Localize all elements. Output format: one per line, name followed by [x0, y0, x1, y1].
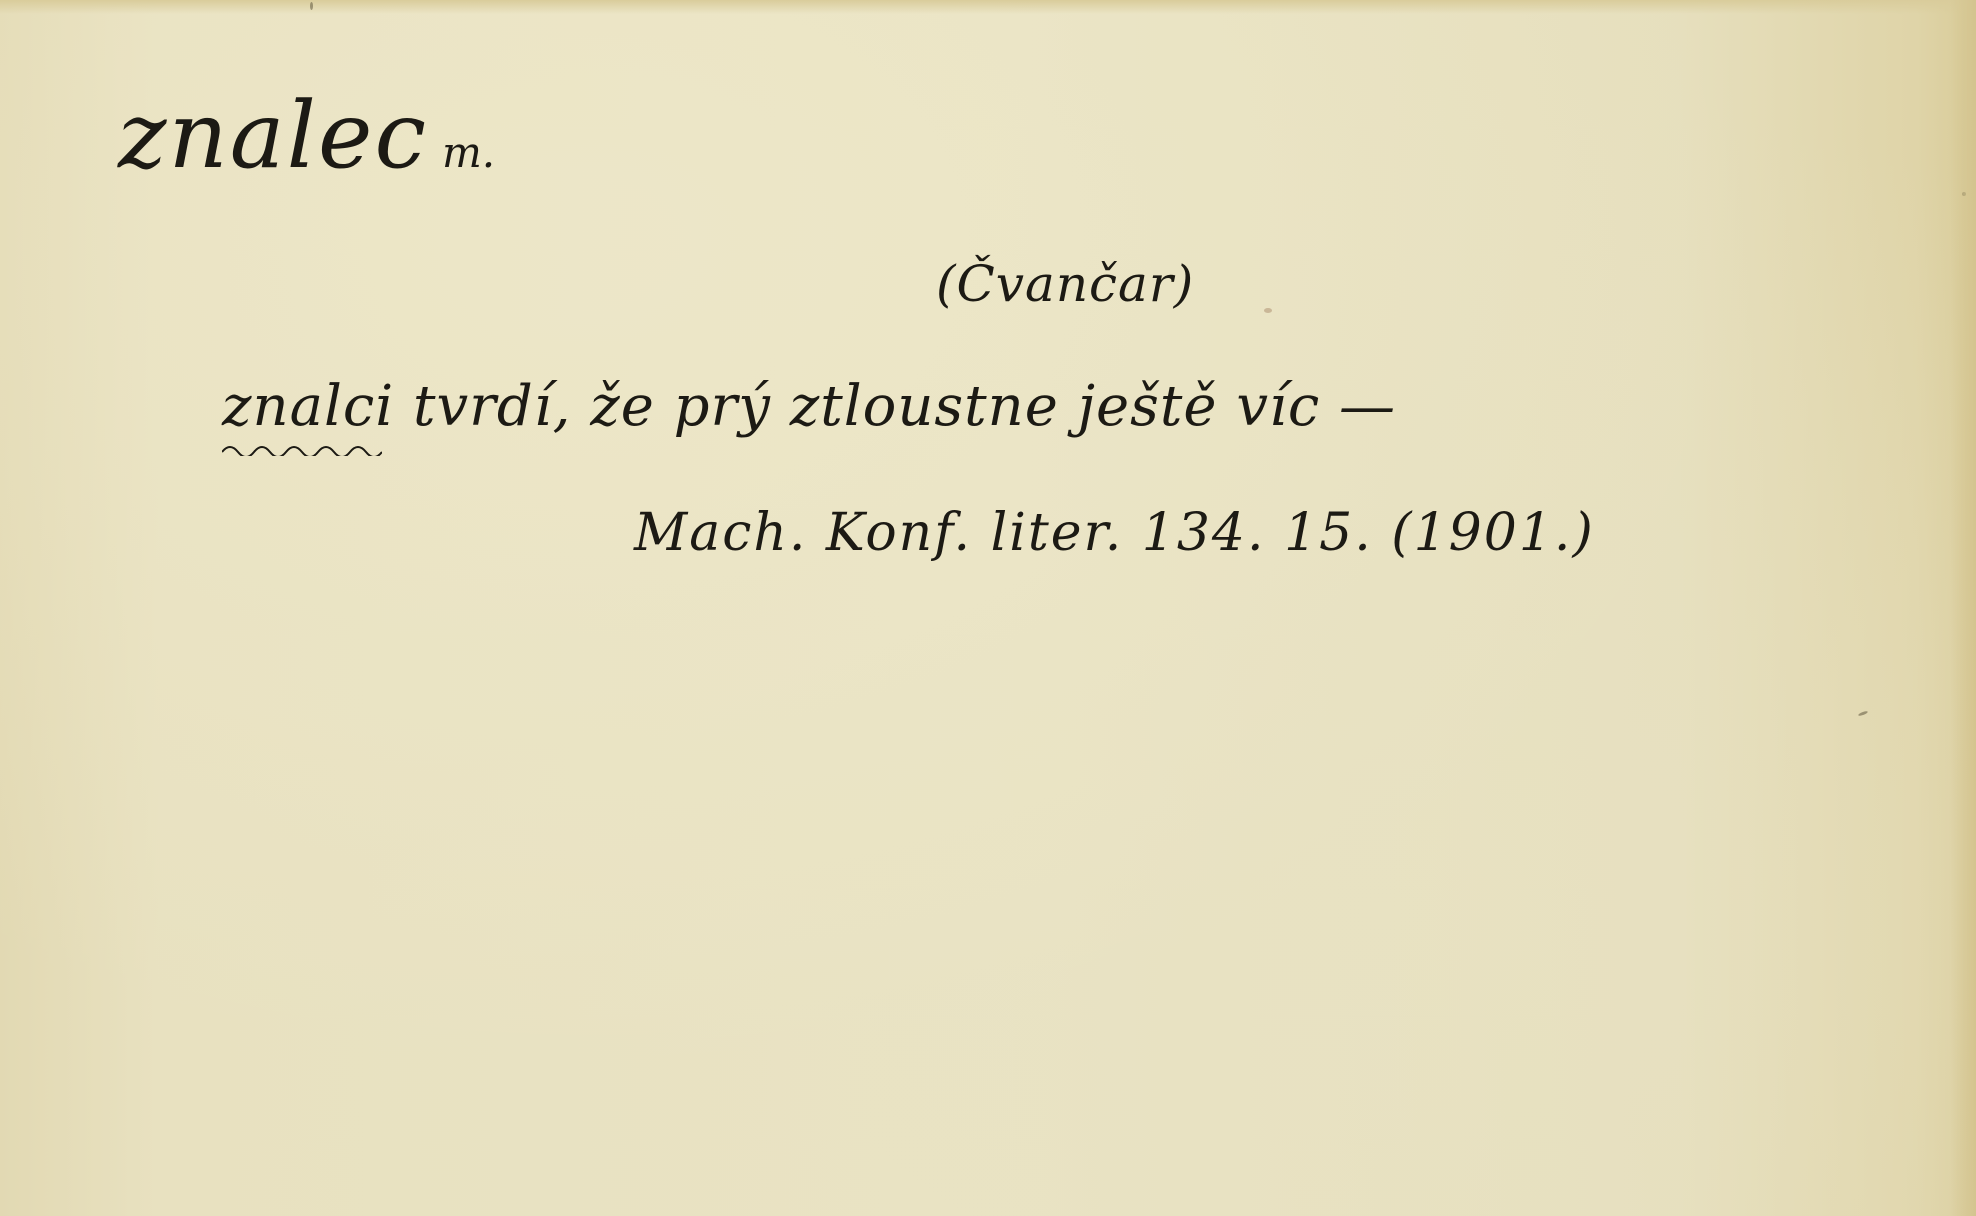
paper-speck	[1962, 192, 1966, 196]
source-author: (Čvančar)	[936, 254, 1194, 314]
lemma-form-text: znalci	[222, 374, 394, 439]
paper-speck	[310, 2, 313, 10]
headword-line: znalecm.	[118, 86, 495, 203]
grammatical-gender: m.	[442, 128, 495, 177]
quote-text: tvrdí, že prý ztloustne ještě víc —	[394, 374, 1396, 439]
headword: znalec	[118, 82, 428, 189]
paper-speck	[1858, 710, 1868, 716]
paper-speck	[1264, 308, 1272, 313]
wavy-underline-icon	[222, 442, 382, 456]
bibliographic-citation: Mach. Konf. liter. 134. 15. (1901.)	[634, 498, 1595, 568]
index-card: znalecm. (Čvančar) znalci tvrdí, že prý …	[0, 0, 1976, 1216]
example-quote: znalci tvrdí, že prý ztloustne ještě víc…	[222, 372, 1396, 442]
underlined-lemma-form: znalci	[222, 372, 394, 442]
